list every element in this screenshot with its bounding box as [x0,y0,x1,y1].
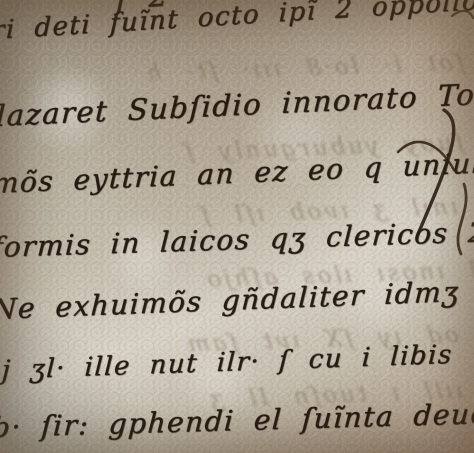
manuscript-photo: he ſot i· lo·8 ııı· ſt· h bu ſuoy yuburg… [0,0,474,453]
